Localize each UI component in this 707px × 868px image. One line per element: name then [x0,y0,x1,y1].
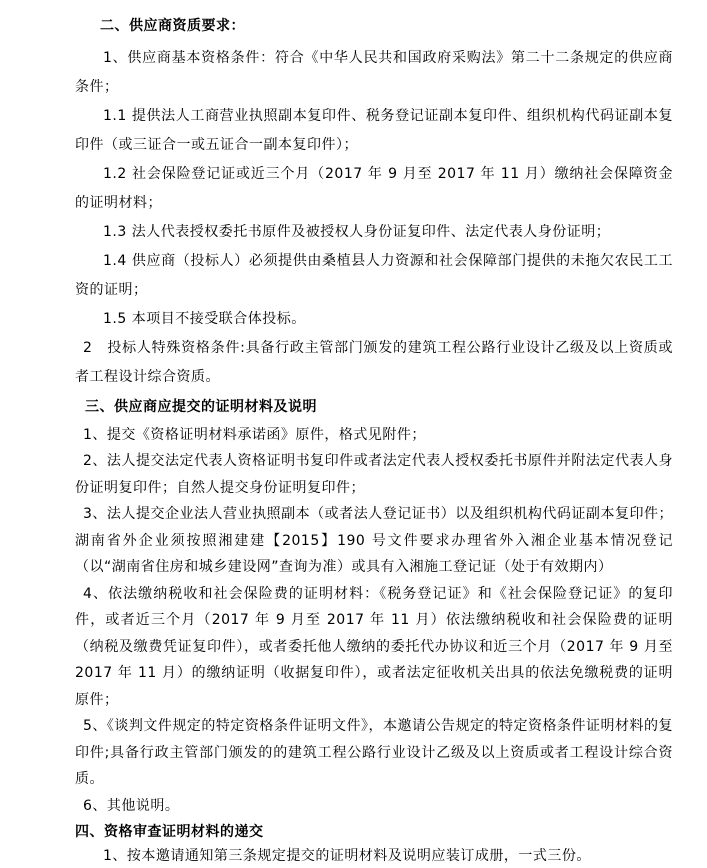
clause-2-1-4: 1.4 供应商（投标人）必须提供由桑植县人力资源和社会保障部门提供的未拖欠农民工… [75,247,673,305]
clause-2-2: 2 投标人特殊资格条件:具备行政主管部门颁发的建筑工程公路行业设计乙级及以上资质… [75,334,673,392]
clause-3-2: 2、法人提交法定代表人资格证明书复印件或者法定代表人授权委托书原件并附法定代表人… [75,448,673,501]
document-page: 二、供应商资质要求： 1、供应商基本资格条件：符合《中华人民共和国政府采购法》第… [0,0,707,868]
clause-2-1-5: 1.5 本项目不接受联合体投标。 [75,305,673,334]
section-3-heading: 三、供应商应提交的证明材料及说明 [85,394,673,421]
section-4-heading: 四、资格审查证明材料的递交 [75,820,673,844]
clause-2-1-3: 1.3 法人代表授权委托书原件及被授权人身份证复印件、法定代表人身份证明； [75,218,673,247]
section-2-heading: 二、供应商资质要求： [100,12,673,41]
clause-2-1: 1、供应商基本资格条件：符合《中华人民共和国政府采购法》第二十二条规定的供应商条… [75,44,673,102]
clause-3-3: 3、法人提交企业法人营业执照副本（或者法人登记证书）以及组织机构代码证副本复印件… [75,501,673,581]
clause-3-1: 1、提交《资格证明材料承诺函》原件，格式见附件； [75,422,673,449]
section-materials-submission: 四、资格审查证明材料的递交 1、按本邀请通知第三条规定提交的证明材料及说明应装订… [75,820,673,868]
clause-3-5: 5、《谈判文件规定的特定资格条件证明文件》，本邀请公告规定的特定资格条件证明材料… [75,713,673,793]
clause-2-1-2: 1.2 社会保险登记证或近三个月（2017 年 9 月至 2017 年 11 月… [75,160,673,218]
clause-4-1: 1、按本邀请通知第三条规定提交的证明材料及说明应装订成册，一式三份。 [75,844,673,868]
clause-3-4: 4、依法缴纳税收和社会保险费的证明材料：《税务登记证》和《社会保险登记证》的复印… [75,581,673,714]
section-certification-materials: 三、供应商应提交的证明材料及说明 1、提交《资格证明材料承诺函》原件，格式见附件… [75,394,673,819]
clause-3-6: 6、其他说明。 [75,793,673,820]
section-supplier-qualification-requirements: 二、供应商资质要求： 1、供应商基本资格条件：符合《中华人民共和国政府采购法》第… [75,12,673,392]
clause-2-1-1: 1.1 提供法人工商营业执照副本复印件、税务登记证副本复印件、组织机构代码证副本… [75,102,673,160]
